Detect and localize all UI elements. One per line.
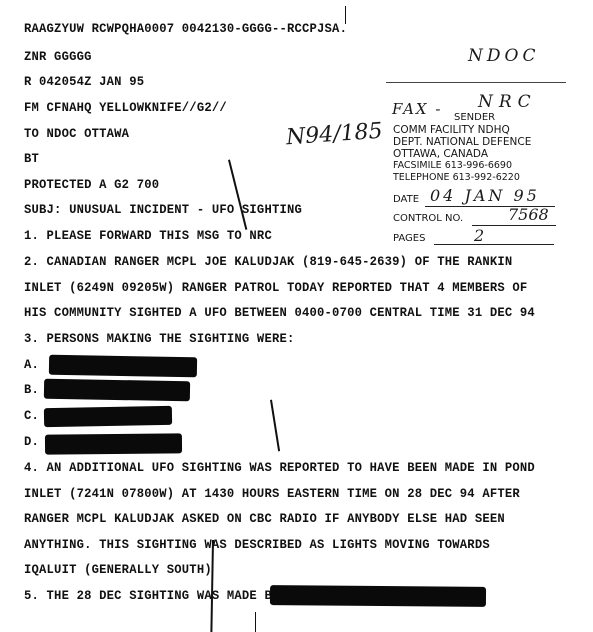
body-para-5: 5. THE 28 DEC SIGHTING WAS MADE BY	[24, 589, 279, 604]
stamp-facsimile-line: FACSIMILE 613-996-6690	[393, 160, 512, 171]
stamp-telephone-line: TELEPHONE 613-992-6220	[393, 172, 520, 183]
handwritten-fax-note: FAX -	[392, 100, 442, 118]
body-para-4-line-2: INLET (7241N 07800W) AT 1430 HOURS EASTE…	[24, 487, 520, 502]
redaction-bar-d	[45, 433, 182, 454]
subject-line: SUBJ: UNUSUAL INCIDENT - UFO SIGHTING	[24, 203, 302, 218]
handwritten-date-value: 04 JAN 95	[430, 186, 540, 205]
person-label-c: C.	[24, 409, 39, 424]
handwritten-control-value: 7568	[508, 205, 549, 224]
stamp-date-label: DATE	[393, 194, 419, 205]
scan-artifact-stroke	[345, 6, 346, 24]
body-para-2-line-1: 2. CANADIAN RANGER MCPL JOE KALUDJAK (81…	[24, 255, 512, 270]
body-para-1: 1. PLEASE FORWARD THIS MSG TO NRC	[24, 229, 272, 244]
scan-artifact-stroke	[210, 540, 214, 632]
stamp-control-label: CONTROL NO.	[393, 213, 463, 224]
fax-document-page: RAAGZYUW RCWPQHA0007 0042130-GGGG--RCCPJ…	[0, 0, 593, 632]
scan-artifact-stroke	[255, 612, 256, 632]
routing-line: RAAGZYUW RCWPQHA0007 0042130-GGGG--RCCPJ…	[24, 22, 347, 37]
redaction-bar-c	[44, 406, 172, 427]
handwritten-file-number: N94/185	[285, 119, 383, 151]
handwritten-nrc-note: NRC	[478, 92, 537, 112]
body-para-2-line-3: HIS COMMUNITY SIGHTED A UFO BETWEEN 0400…	[24, 306, 535, 321]
bt-line: BT	[24, 152, 39, 167]
redaction-bar-a	[49, 355, 197, 378]
body-para-4-line-4: ANYTHING. THIS SIGHTING WAS DESCRIBED AS…	[24, 538, 490, 553]
from-line: FM CFNAHQ YELLOWKNIFE//G2//	[24, 101, 227, 116]
person-label-a: A.	[24, 358, 39, 373]
classification-line: PROTECTED A G2 700	[24, 178, 159, 193]
body-para-3: 3. PERSONS MAKING THE SIGHTING WERE:	[24, 332, 295, 347]
redaction-bar-sighter	[270, 585, 486, 607]
handwritten-ndoc-note: NDOC	[468, 46, 539, 66]
body-para-4-line-5: IQALUIT (GENERALLY SOUTH)	[24, 563, 212, 578]
person-label-d: D.	[24, 435, 39, 450]
control-underline	[472, 225, 556, 226]
znr-line: ZNR GGGGG	[24, 50, 92, 65]
dotted-divider	[386, 82, 566, 83]
handwritten-pages-value: 2	[474, 226, 484, 245]
person-label-b: B.	[24, 383, 39, 398]
body-para-4-line-3: RANGER MCPL KALUDJAK ASKED ON CBC RADIO …	[24, 512, 505, 527]
stamp-pages-label: PAGES	[393, 233, 425, 244]
redaction-bar-b	[44, 379, 190, 402]
pages-underline	[434, 244, 554, 245]
body-para-2-line-2: INLET (6249N 09205W) RANGER PATROL TODAY…	[24, 281, 527, 296]
stamp-dept-line: DEPT. NATIONAL DEFENCE	[393, 136, 531, 148]
scan-artifact-stroke	[228, 160, 247, 230]
scan-artifact-stroke	[270, 400, 280, 452]
dtg-line: R 042054Z JAN 95	[24, 75, 144, 90]
to-line: TO NDOC OTTAWA	[24, 127, 129, 142]
stamp-facility-line: COMM FACILITY NDHQ	[393, 124, 510, 136]
stamp-sender-label: SENDER	[454, 112, 495, 123]
body-para-4-line-1: 4. AN ADDITIONAL UFO SIGHTING WAS REPORT…	[24, 461, 535, 476]
stamp-city-line: OTTAWA, CANADA	[393, 148, 488, 160]
